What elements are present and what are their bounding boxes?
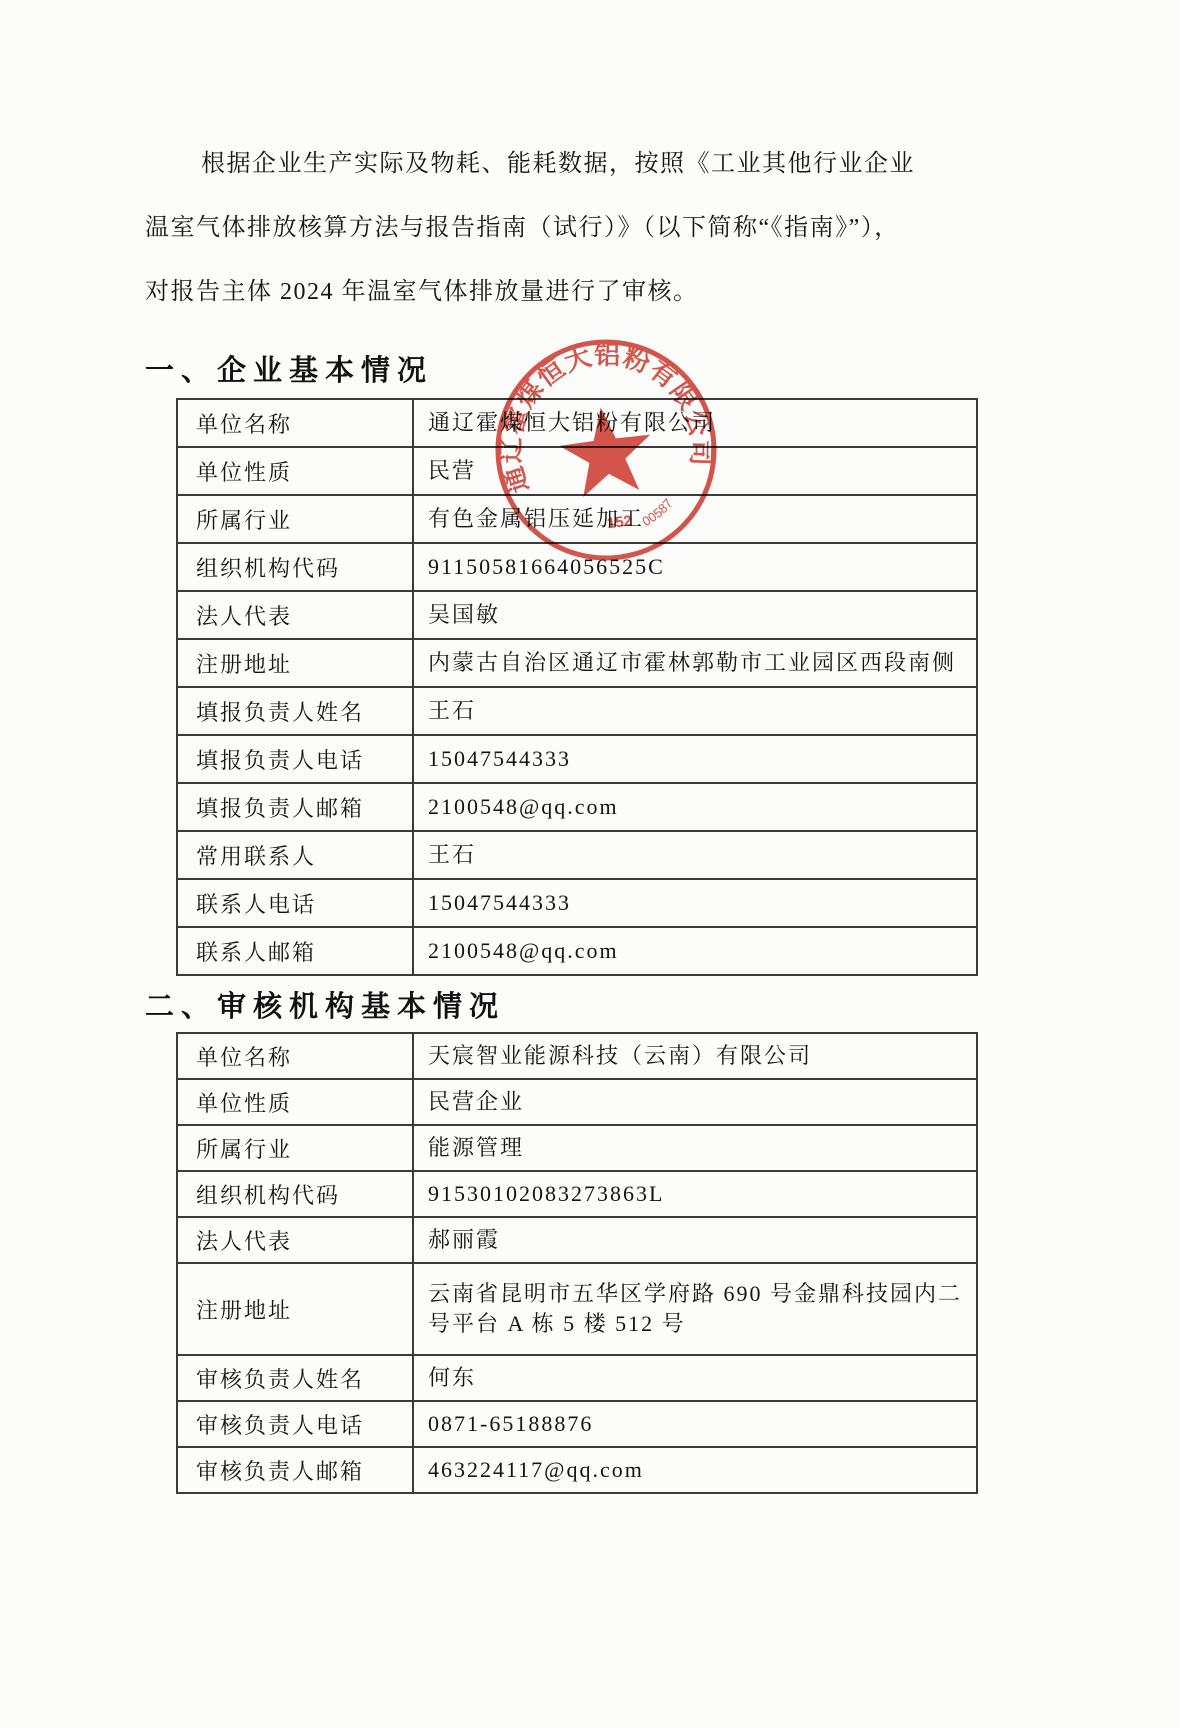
row-value: 郝丽霞 bbox=[413, 1217, 977, 1263]
row-label: 法人代表 bbox=[177, 1217, 413, 1263]
row-label: 单位名称 bbox=[177, 399, 413, 447]
table-row: 单位性质 民营企业 bbox=[177, 1079, 977, 1125]
intro-line-2: 温室气体排放核算方法与报告指南（试行）》（以下简称“《指南》”）， bbox=[145, 196, 995, 260]
intro-paragraph: 根据企业生产实际及物耗、能耗数据，按照《工业其他行业企业 温室气体排放核算方法与… bbox=[145, 132, 995, 324]
row-label: 联系人电话 bbox=[177, 879, 413, 927]
row-value: 2100548@qq.com bbox=[413, 927, 977, 975]
stamp-code-bottom: 152 bbox=[606, 512, 633, 532]
row-value: 王石 bbox=[413, 687, 977, 735]
table-row: 法人代表 郝丽霞 bbox=[177, 1217, 977, 1263]
row-value: 能源管理 bbox=[413, 1125, 977, 1171]
row-value: 何东 bbox=[413, 1355, 977, 1401]
row-label: 单位名称 bbox=[177, 1033, 413, 1079]
table-row: 填报负责人邮箱 2100548@qq.com bbox=[177, 783, 977, 831]
row-label: 所属行业 bbox=[177, 1125, 413, 1171]
row-label: 组织机构代码 bbox=[177, 1171, 413, 1217]
section1-heading: 一、企业基本情况 bbox=[145, 348, 433, 389]
row-label: 注册地址 bbox=[177, 1263, 413, 1355]
row-label: 审核负责人电话 bbox=[177, 1401, 413, 1447]
row-value: 15047544333 bbox=[413, 879, 977, 927]
table-row: 所属行业 能源管理 bbox=[177, 1125, 977, 1171]
row-label: 常用联系人 bbox=[177, 831, 413, 879]
row-label: 填报负责人姓名 bbox=[177, 687, 413, 735]
table-row: 组织机构代码 91530102083273863L bbox=[177, 1171, 977, 1217]
company-seal-stamp-icon: 通辽霍煤恒大铝粉有限公司 152 00587 bbox=[472, 316, 739, 583]
svg-text:00587: 00587 bbox=[637, 495, 678, 530]
stamp-star-icon bbox=[555, 402, 656, 499]
table-row: 审核负责人姓名 何东 bbox=[177, 1355, 977, 1401]
row-value: 云南省昆明市五华区学府路 690 号金鼎科技园内二号平台 A 栋 5 楼 512… bbox=[413, 1263, 977, 1355]
row-label: 组织机构代码 bbox=[177, 543, 413, 591]
table-row: 审核负责人邮箱 463224117@qq.com bbox=[177, 1447, 977, 1493]
table-row: 联系人邮箱 2100548@qq.com bbox=[177, 927, 977, 975]
row-label: 单位性质 bbox=[177, 1079, 413, 1125]
table-row: 法人代表 吴国敏 bbox=[177, 591, 977, 639]
intro-line-1: 根据企业生产实际及物耗、能耗数据，按照《工业其他行业企业 bbox=[145, 132, 995, 196]
row-label: 审核负责人姓名 bbox=[177, 1355, 413, 1401]
row-value: 天宸智业能源科技（云南）有限公司 bbox=[413, 1033, 977, 1079]
intro-line-3: 对报告主体 2024 年温室气体排放量进行了审核。 bbox=[145, 260, 995, 324]
table-row: 单位名称 天宸智业能源科技（云南）有限公司 bbox=[177, 1033, 977, 1079]
table-row: 联系人电话 15047544333 bbox=[177, 879, 977, 927]
row-label: 联系人邮箱 bbox=[177, 927, 413, 975]
row-value: 15047544333 bbox=[413, 735, 977, 783]
table-row: 注册地址 云南省昆明市五华区学府路 690 号金鼎科技园内二号平台 A 栋 5 … bbox=[177, 1263, 977, 1355]
row-value: 2100548@qq.com bbox=[413, 783, 977, 831]
row-label: 填报负责人电话 bbox=[177, 735, 413, 783]
section2-heading: 二、审核机构基本情况 bbox=[145, 984, 505, 1025]
table-row: 填报负责人姓名 王石 bbox=[177, 687, 977, 735]
row-label: 所属行业 bbox=[177, 495, 413, 543]
row-value: 王石 bbox=[413, 831, 977, 879]
auditor-info-table: 单位名称 天宸智业能源科技（云南）有限公司 单位性质 民营企业 所属行业 能源管… bbox=[176, 1032, 978, 1494]
row-label: 法人代表 bbox=[177, 591, 413, 639]
row-value: 内蒙古自治区通辽市霍林郭勒市工业园区西段南侧 bbox=[413, 639, 977, 687]
scanned-report-page: 根据企业生产实际及物耗、能耗数据，按照《工业其他行业企业 温室气体排放核算方法与… bbox=[0, 0, 1180, 1728]
row-value: 0871-65188876 bbox=[413, 1401, 977, 1447]
table-row: 审核负责人电话 0871-65188876 bbox=[177, 1401, 977, 1447]
table-row: 填报负责人电话 15047544333 bbox=[177, 735, 977, 783]
table-row: 注册地址 内蒙古自治区通辽市霍林郭勒市工业园区西段南侧 bbox=[177, 639, 977, 687]
row-value: 91530102083273863L bbox=[413, 1171, 977, 1217]
row-value: 民营企业 bbox=[413, 1079, 977, 1125]
row-value: 吴国敏 bbox=[413, 591, 977, 639]
row-label: 注册地址 bbox=[177, 639, 413, 687]
row-label: 审核负责人邮箱 bbox=[177, 1447, 413, 1493]
row-label: 填报负责人邮箱 bbox=[177, 783, 413, 831]
stamp-code-right: 00587 bbox=[637, 495, 678, 530]
row-value: 463224117@qq.com bbox=[413, 1447, 977, 1493]
row-label: 单位性质 bbox=[177, 447, 413, 495]
table-row: 常用联系人 王石 bbox=[177, 831, 977, 879]
